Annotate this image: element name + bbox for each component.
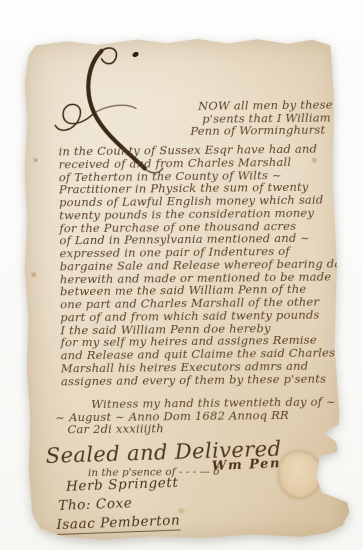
foxing-spot — [30, 272, 38, 278]
foxing-spot — [33, 158, 39, 163]
embossed-seal — [278, 451, 323, 499]
photo-backdrop: NOW all men by these ~ p'sents that I Wi… — [0, 0, 363, 550]
attestation-block: Witness my hand this twentieth day of ~ … — [55, 395, 336, 436]
manuscript-line: Car 2di xxxiiijth — [67, 421, 336, 436]
witness-signature: Isaac Pemberton — [56, 512, 180, 535]
witness-signatures: Herb Springett Tho: Coxe Isaac Pemberton — [56, 476, 180, 533]
witness-signature: Herb Springett — [66, 475, 180, 495]
opening-block: NOW all men by these ~ p'sents that I Wi… — [190, 98, 347, 137]
manuscript-line: assignes and every of them by these p'se… — [61, 372, 355, 388]
body-block: in the County of Sussex Esqr have had an… — [58, 142, 354, 387]
manuscript-paper: NOW all men by these ~ p'sents that I Wi… — [21, 36, 350, 541]
manuscript-paper-wrap: NOW all men by these ~ p'sents that I Wi… — [21, 36, 350, 541]
manuscript-line: Penn of Worminghurst — [190, 123, 346, 137]
witness-signature: Tho: Coxe — [58, 493, 180, 513]
